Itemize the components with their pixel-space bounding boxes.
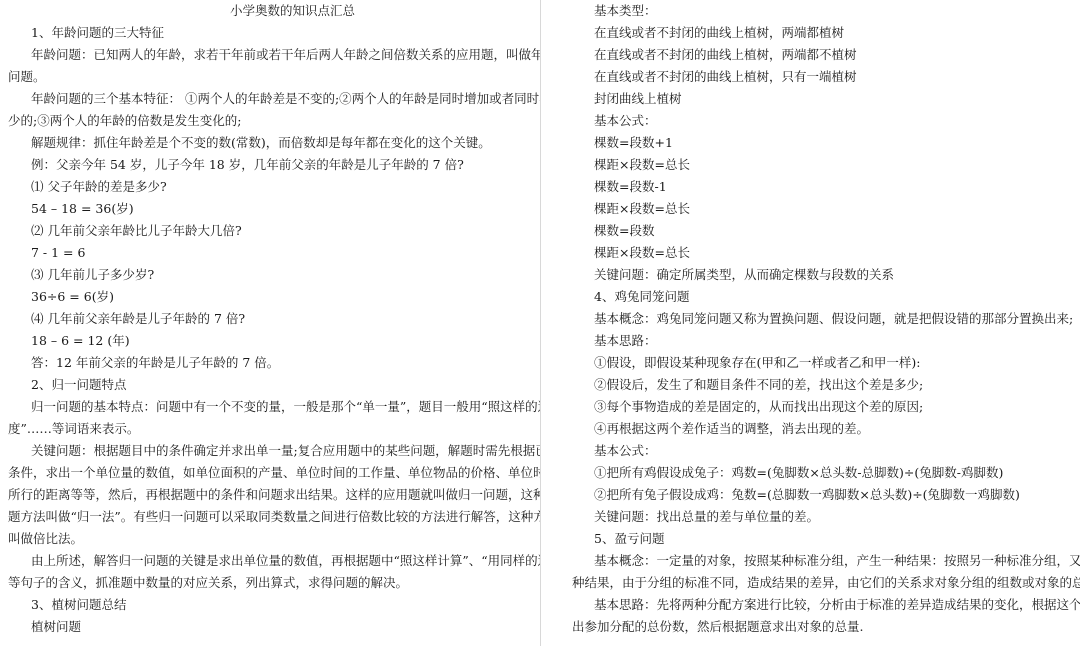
text-line: ⑵ 几年前父亲年龄比儿子年龄大几倍? — [31, 223, 242, 239]
page-divider — [540, 0, 541, 646]
text-line: 基本概念：鸡兔同笼问题又称为置换问题、假设问题，就是把假设错的那部分置换出来; — [594, 311, 1073, 327]
document-title: 小学奥数的知识点汇总 — [230, 3, 355, 19]
text-line: 封闭曲线上植树 — [594, 91, 682, 107]
text-line: 1、年龄问题的三大特征 — [31, 25, 164, 41]
text-line: 例：父亲今年 54 岁，儿子今年 18 岁，几年前父亲的年龄是儿子年龄的 7 倍… — [31, 157, 464, 173]
text-line: 5、盈亏问题 — [594, 531, 664, 547]
text-line: ⑶ 几年前儿子多少岁? — [31, 267, 154, 283]
text-line: 基本公式： — [594, 113, 657, 129]
text-line: 基本思路： — [594, 333, 657, 349]
text-line: 在直线或者不封闭的曲线上植树，只有一端植树 — [594, 69, 857, 85]
text-line: 棵数=段数-1 — [594, 179, 667, 195]
text-line: 问题。 — [8, 69, 46, 85]
text-line: 基本类型： — [594, 3, 657, 19]
text-line: 题方法叫做“归一法”。有些归一问题可以采取同类数量之间进行倍数比较的方法进行解答… — [8, 509, 540, 525]
text-line: 基本概念：一定量的对象，按照某种标准分组，产生一种结果：按照另一种标准分组，又产… — [594, 553, 1080, 569]
text-line: 7 - 1 = 6 — [31, 245, 85, 261]
text-line: 基本公式： — [594, 443, 657, 459]
text-line: 归一问题的基本特点：问题中有一个不变的量，一般是那个“单一量”，题目一般用“照这… — [31, 399, 540, 415]
text-line: 等句子的含义，抓准题中数量的对应关系，列出算式，求得问题的解决。 — [8, 575, 408, 591]
text-line: 解题规律：抓住年龄差是个不变的数(常数)，而倍数却是每年都在变化的这个关键。 — [31, 135, 491, 151]
text-line: ⑴ 父子年龄的差是多少? — [31, 179, 167, 195]
text-line: 在直线或者不封闭的曲线上植树，两端都植树 — [594, 25, 844, 41]
text-line: 在直线或者不封闭的曲线上植树，两端都不植树 — [594, 47, 857, 63]
text-line: 度”……等词语来表示。 — [8, 421, 139, 437]
text-line: 种结果，由于分组的标准不同，造成结果的差异，由它们的关系求对象分组的组数或对象的… — [572, 575, 1080, 591]
text-line: 条件，求出一个单位量的数值，如单位面积的产量、单位时间的工作量、单位物品的价格、… — [8, 465, 540, 481]
text-line: 年龄问题的三个基本特征： ①两个人的年龄差是不变的;②两个人的年龄是同时增加或者… — [31, 91, 540, 107]
text-line: ③每个事物造成的差是固定的，从而找出出现这个差的原因; — [594, 399, 923, 415]
text-line: 所行的距离等等，然后，再根据题中的条件和问题求出结果。这样的应用题就叫做归一问题… — [8, 487, 540, 503]
text-line: 植树问题 — [31, 619, 81, 635]
text-line: 4、鸡兔同笼问题 — [594, 289, 689, 305]
text-line: ⑷ 几年前父亲年龄是儿子年龄的 7 倍? — [31, 311, 245, 327]
text-line: ②假设后，发生了和题目条件不同的差，找出这个差是多少; — [594, 377, 923, 393]
text-line: 棵数=段数+1 — [594, 135, 673, 151]
text-line: 年龄问题：已知两人的年龄，求若干年前或若干年后两人年龄之间倍数关系的应用题，叫做… — [31, 47, 540, 63]
left-page: 小学奥数的知识点汇总1、年龄问题的三大特征年龄问题：已知两人的年龄，求若干年前或… — [0, 0, 540, 646]
text-line: 由上所述，解答归一问题的关键是求出单位量的数值，再根据题中“照这样计算”、“用同… — [31, 553, 540, 569]
text-line: ①假设，即假设某种现象存在(甲和乙一样或者乙和甲一样): — [594, 355, 920, 371]
text-line: 少的;③两个人的年龄的倍数是发生变化的; — [8, 113, 241, 129]
text-line: 3、植树问题总结 — [31, 597, 126, 613]
text-line: 棵距×段数=总长 — [594, 201, 690, 217]
text-line: 答：12 年前父亲的年龄是儿子年龄的 7 倍。 — [31, 355, 279, 371]
text-line: 2、归一问题特点 — [31, 377, 126, 393]
text-line: 棵距×段数=总长 — [594, 245, 690, 261]
text-line: 基本思路：先将两种分配方案进行比较，分析由于标准的差异造成结果的变化，根据这个关… — [594, 597, 1080, 613]
text-line: ②把所有兔子假设成鸡：兔数=(总脚数一鸡脚数×总头数)÷(兔脚数一鸡脚数) — [594, 487, 1020, 503]
text-line: 36÷6 = 6(岁) — [31, 289, 114, 305]
text-line: 出参加分配的总份数，然后根据题意求出对象的总量. — [572, 619, 863, 635]
text-line: 54 – 18 = 36(岁) — [31, 201, 134, 217]
text-line: 关键问题：确定所属类型，从而确定棵数与段数的关系 — [594, 267, 894, 283]
text-line: 18 – 6 = 12 (年) — [31, 333, 130, 349]
text-line: 叫做倍比法。 — [8, 531, 83, 547]
right-page: 基本类型：在直线或者不封闭的曲线上植树，两端都植树在直线或者不封闭的曲线上植树，… — [542, 0, 1080, 646]
text-line: ④再根据这两个差作适当的调整，消去出现的差。 — [594, 421, 869, 437]
text-line: 棵距×段数=总长 — [594, 157, 690, 173]
text-line: 棵数=段数 — [594, 223, 654, 239]
text-line: 关键问题：找出总量的差与单位量的差。 — [594, 509, 819, 525]
text-line: ①把所有鸡假设成兔子：鸡数=(兔脚数×总头数-总脚数)÷(兔脚数-鸡脚数) — [594, 465, 1003, 481]
text-line: 关键问题：根据题目中的条件确定并求出单一量;复合应用题中的某些问题，解题时需先根… — [31, 443, 540, 459]
